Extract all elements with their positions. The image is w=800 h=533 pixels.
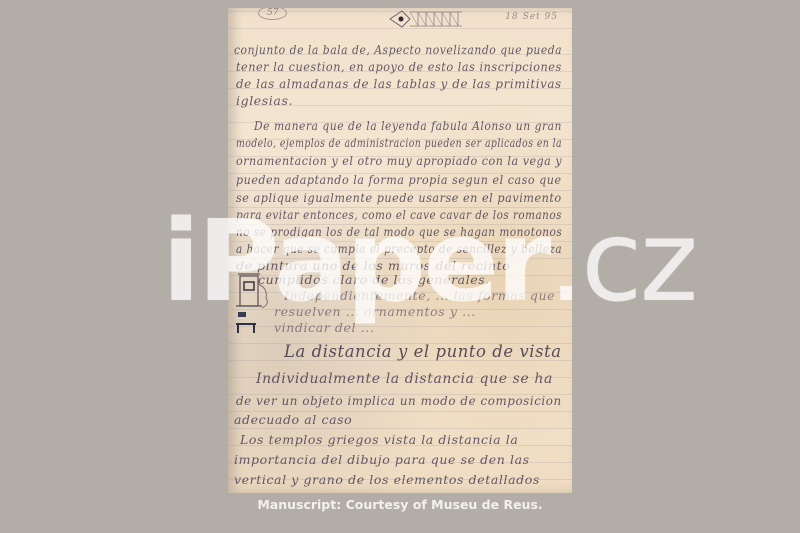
manuscript-line: pueden adaptando la forma propia segun e… xyxy=(236,172,562,187)
manuscript-line: ornamentacion y el otro muy apropiado co… xyxy=(236,153,562,168)
manuscript-page: 57 18 Set 95 conjunto de la bala de, Asp… xyxy=(228,8,572,493)
manuscript-line: de ver un objeto implica un modo de comp… xyxy=(236,393,562,408)
manuscript-line: importancia del dibujo para que se den l… xyxy=(234,452,530,467)
manuscript-line: a hacer que se cumpla el precepto de sen… xyxy=(236,241,562,256)
manuscript-line: resuelven ... ornamentos y ... xyxy=(274,304,476,319)
manuscript-line: adecuado al caso xyxy=(234,412,352,427)
manuscript-line: tener la cuestion, en apoyo de esto las … xyxy=(236,59,562,74)
manuscript-line: conjunto de la bala de, Aspecto noveliza… xyxy=(234,42,562,57)
manuscript-line: Individualmente la distancia que se ha xyxy=(256,371,553,387)
manuscript-line: De manera que de la leyenda fabula Alons… xyxy=(254,118,562,133)
manuscript-line: de las almadanas de las tablas y de las … xyxy=(236,76,562,91)
date-note: 18 Set 95 xyxy=(505,12,558,22)
manuscript-line: vindicar del ... xyxy=(274,320,374,335)
manuscript-line: vertical y grano de los elementos detall… xyxy=(234,472,540,487)
manuscript-line: iglesias. xyxy=(236,93,293,108)
manuscript-line: modelo, ejemplos de administracion puede… xyxy=(236,135,562,150)
manuscript-line: cumplidos claro de los generales. xyxy=(258,272,490,287)
ornament-sketch-icon xyxy=(388,10,464,28)
manuscript-line: no se prodigan los de tal modo que se ha… xyxy=(236,224,562,239)
manuscript-line: se aplique igualmente puede usarse en el… xyxy=(236,190,562,205)
manuscript-line: para evitar entonces, como el cave cavar… xyxy=(236,207,562,222)
image-caption: Manuscript: Courtesy of Museu de Reus. xyxy=(0,497,800,512)
manuscript-line: Independientemente, ... las formas que xyxy=(284,288,555,303)
bench-sketch-icon xyxy=(234,308,260,334)
manuscript-line: de pintura uno de los muros del recinto xyxy=(236,258,510,273)
section-heading: La distancia y el punto de vista xyxy=(284,342,562,362)
manuscript-line: Los templos griegos vista la distancia l… xyxy=(240,432,518,447)
